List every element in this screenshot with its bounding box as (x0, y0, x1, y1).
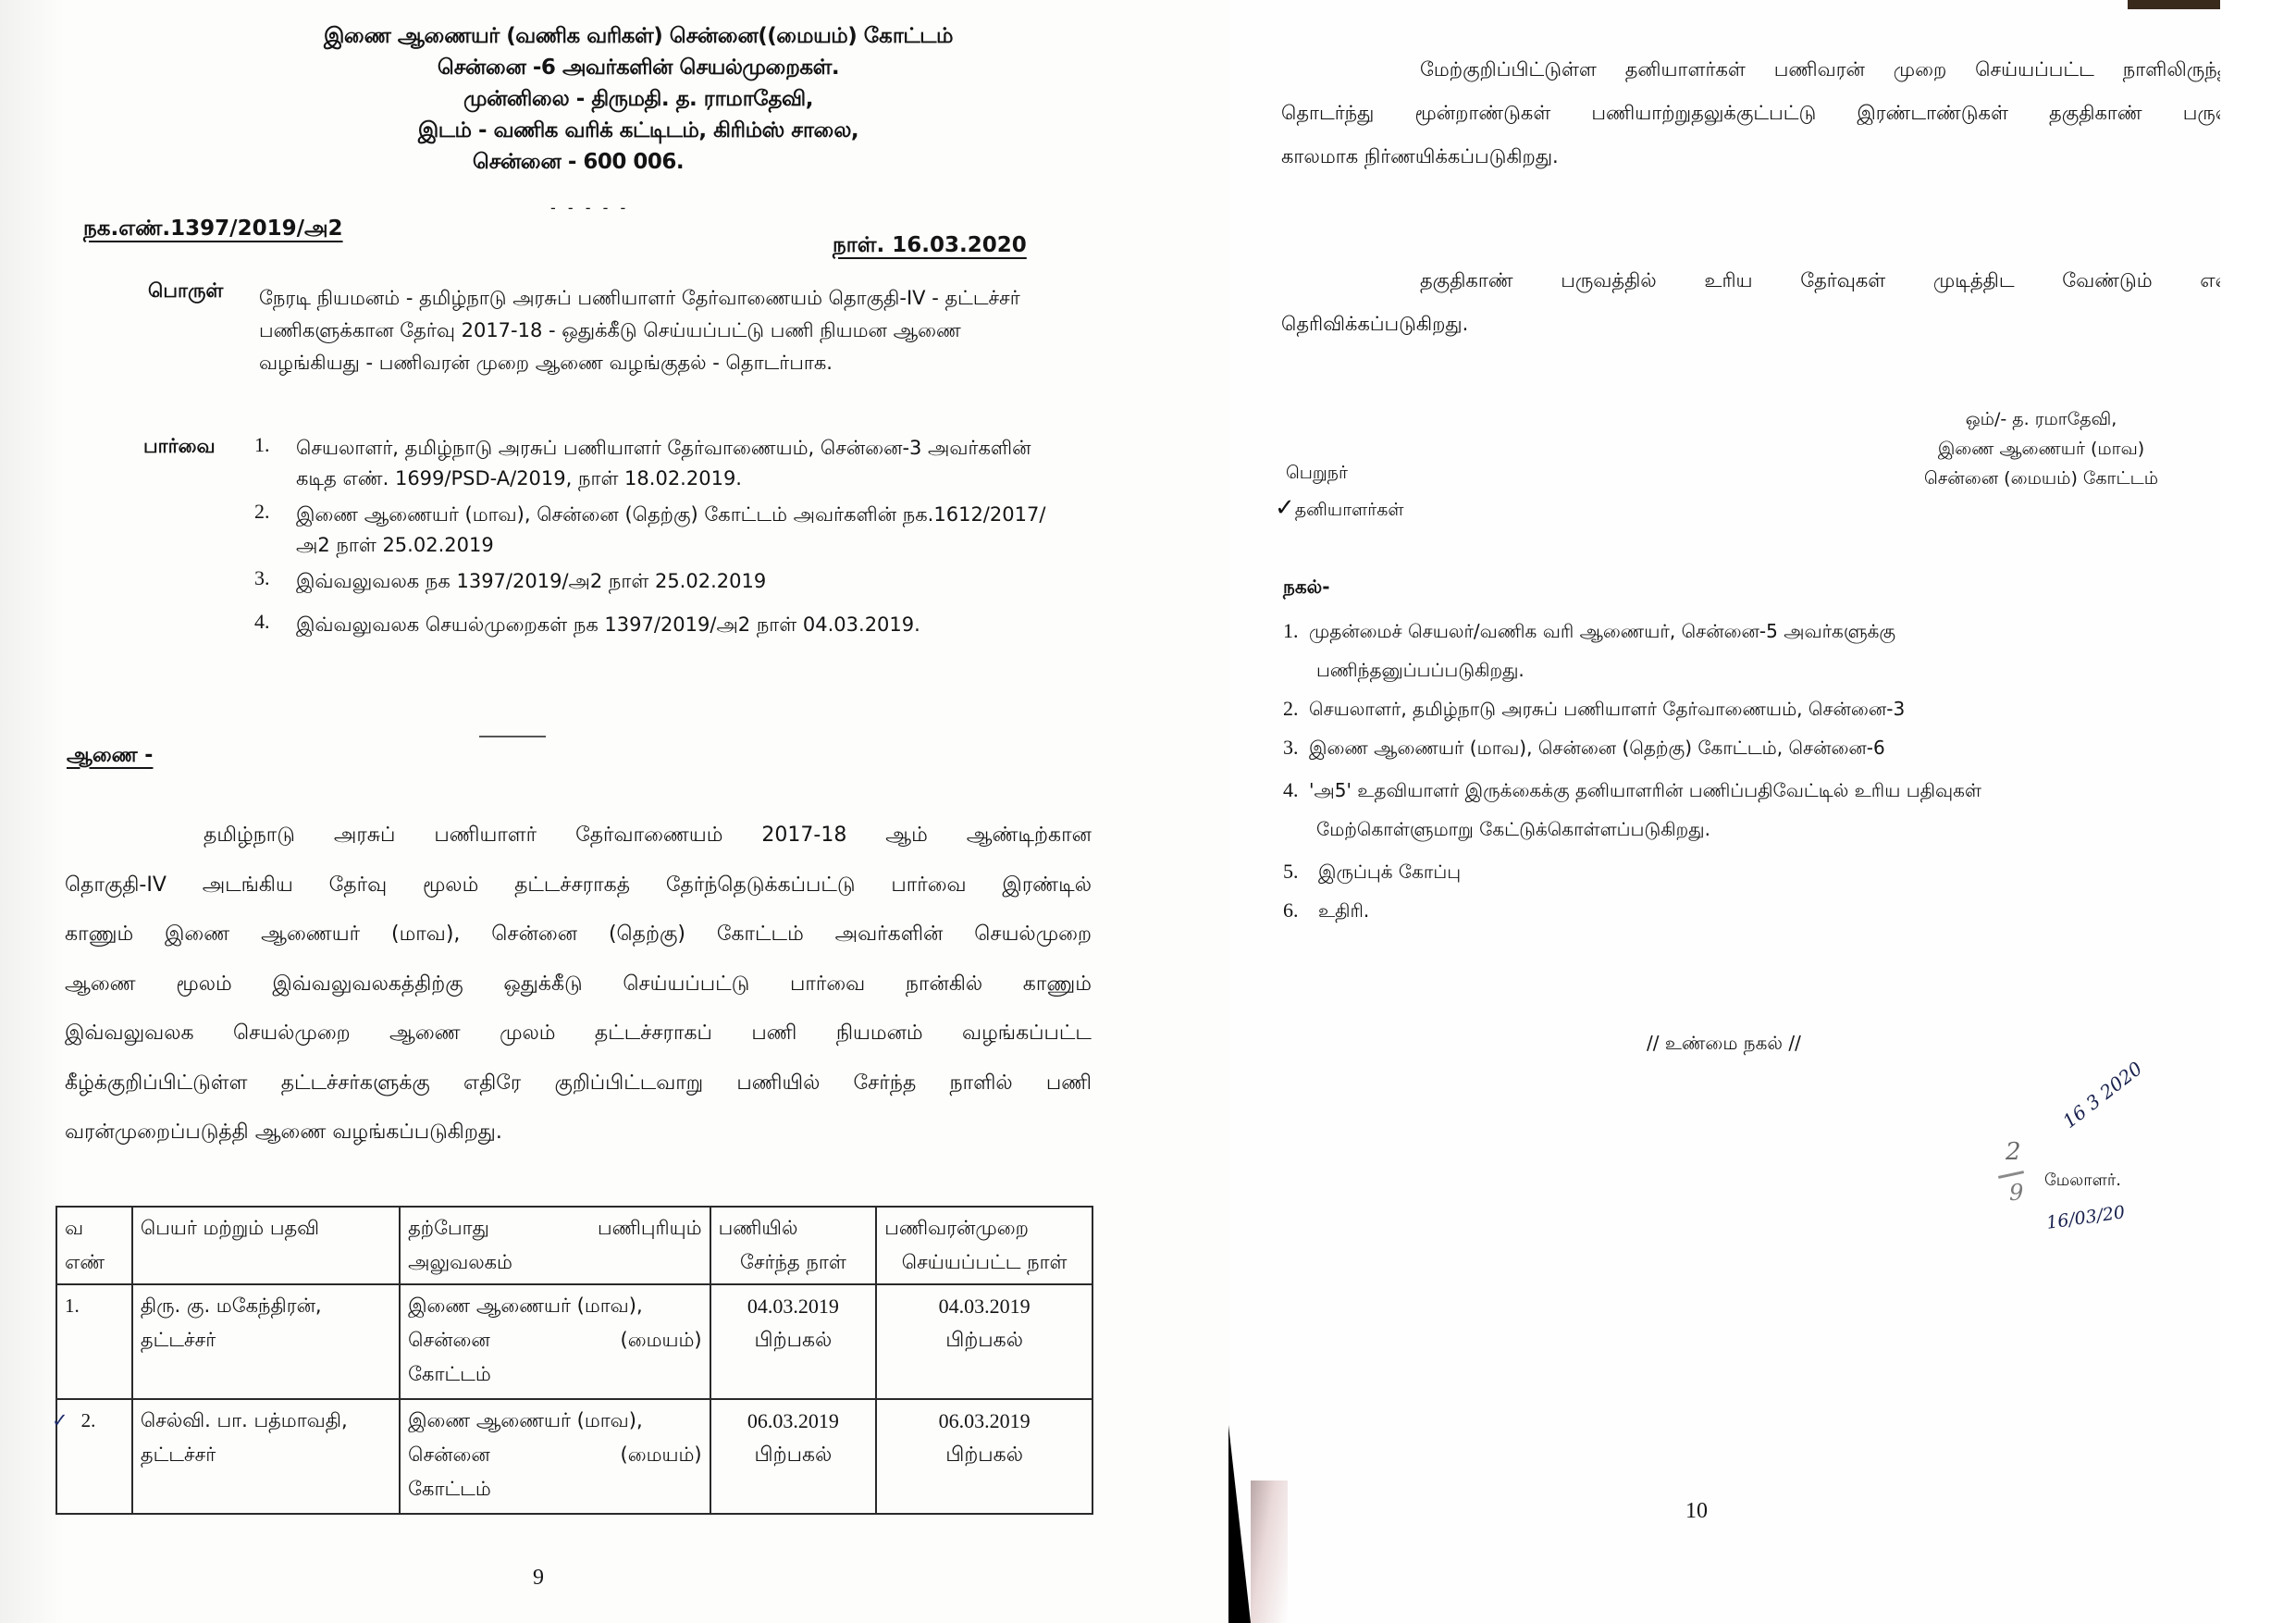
word: (மாவ), (391, 910, 460, 960)
scan-margin (2220, 0, 2296, 1623)
paragraph-last-line: காலமாக நிர்ணயிக்கப்படுகிறது. (1281, 135, 2234, 179)
joined-date: 04.03.2019 (719, 1289, 869, 1323)
header-word: தற்போது (408, 1211, 489, 1245)
office-word: சென்னை (408, 1323, 490, 1357)
word: செயல்முறை (974, 910, 1092, 960)
paragraph-last-line: தெரிவிக்கப்படுகிறது. (1281, 303, 2234, 346)
copies-label: நகல்- (1283, 576, 1981, 601)
word: சேர்ந்த (854, 1059, 917, 1109)
word: இரண்டில் (1002, 861, 1092, 911)
justified-line: தொகுதி-IVஅடங்கியதேர்வுமூலம்தட்டச்சராகத்த… (65, 861, 1092, 911)
word: நாளிலிருந்து (2123, 48, 2234, 92)
table-row: 1.திரு. கு. மகேந்திரன்,தட்டச்சர்இணை ஆணைய… (56, 1284, 1092, 1399)
signature-line: சென்னை (மையம்) கோட்டம் (1924, 464, 2158, 493)
copy-text: இணை ஆணையர் (மாவ), சென்னை (தெற்கு) கோட்டம… (1309, 728, 1885, 767)
word: தட்டச்சராகப் (595, 1009, 712, 1059)
word: நியமனம் (836, 1009, 923, 1059)
scan-edge-strip (2128, 0, 2220, 9)
header-text: பணிவரன்முறை (884, 1211, 1084, 1245)
word: பணி (1046, 1059, 1092, 1109)
header-regularised-date: பணிவரன்முறைசெய்யப்பட்ட நாள் (876, 1207, 1092, 1284)
word: வேண்டும் (2062, 259, 2152, 303)
signature-block: ஒம்/- த. ரமாதேவி, இணை ஆணையர் (மாவ) சென்ன… (1924, 404, 2158, 493)
copy-text: 'அ5' உதவியாளர் இருக்கைக்கு தனியாளரின் பண… (1309, 771, 1981, 810)
reference-item: 4. இவ்வலுவலக செயல்முறைகள் நக 1397/2019/அ… (254, 610, 1068, 640)
order-body-line: தமிழ்நாடுஅரசுப்பணியாளர்தேர்வாணையம்2017-1… (65, 811, 1092, 861)
recipient-value-row: ✓தனியாளர்கள் (1286, 490, 1404, 527)
header-separator: - - - - - (550, 199, 629, 217)
word: மூன்றாண்டுகள் (1415, 92, 1551, 135)
employee-designation: தட்டச்சர் (141, 1323, 391, 1357)
word: எதிரே (463, 1059, 521, 1109)
reference-text: செயலாளர், தமிழ்நாடு அரசுப் பணியாளர் தேர்… (296, 433, 1068, 494)
copy-item: 6.உதிரி. (1283, 891, 1981, 930)
reference-text: இணை ஆணையர் (மாவ), சென்னை (தெற்கு) கோட்டம… (296, 500, 1068, 561)
justified-line: ஆணைமூலம்இவ்வலுவலகத்திற்குஒதுக்கீடுசெய்யப… (65, 960, 1092, 1010)
cell-serial: 1. (56, 1284, 132, 1399)
header-text: அலுவலகம் (408, 1245, 701, 1280)
joined-session: பிற்பகல் (719, 1438, 869, 1472)
reference-text: இவ்வலுவலக செயல்முறைகள் நக 1397/2019/அ2 ந… (296, 610, 920, 640)
word: தகுதிகாண் (2049, 92, 2142, 135)
office-line: சென்னை(மையம்) (408, 1438, 701, 1472)
office-header: இணை ஆணையர் (வணிக வரிகள்) சென்னை((மையம்) … (222, 20, 1055, 178)
copy-number: 2. (1283, 689, 1309, 728)
word: முறை (1894, 48, 1946, 92)
office-line: இணை ஆணையர் (மாவ), (408, 1289, 701, 1323)
signature-line: இணை ஆணையர் (மாவ) (1924, 434, 2158, 464)
cell-serial: ✓2. (56, 1399, 132, 1514)
word: பணியில் (736, 1059, 820, 1109)
word: ஆணை (65, 960, 136, 1010)
header-line: இணை ஆணையர் (வணிக வரிகள்) சென்னை((மையம்) … (222, 20, 1055, 52)
regularised-date: 04.03.2019 (884, 1289, 1084, 1323)
word: தொகுதி-IV (65, 861, 167, 911)
references-list: 1. செயலாளர், தமிழ்நாடு அரசுப் பணியாளர் த… (254, 433, 1068, 646)
justified-line: காணும்இணைஆணையர்(மாவ),சென்னை(தெற்கு)கோட்ட… (65, 910, 1092, 960)
references-label: பார்வை (143, 435, 216, 460)
word: குறிப்பிட்டவாறு (554, 1059, 703, 1109)
reference-item: 2. இணை ஆணையர் (மாவ), சென்னை (தெற்கு) கோட… (254, 500, 1068, 561)
serial-number: 2. (81, 1409, 96, 1431)
true-copy-label: // உண்மை நகல் // (1647, 1032, 1801, 1057)
cell-name: செல்வி. பா. பத்மாவதி,தட்டச்சர் (132, 1399, 400, 1514)
word: ஒதுக்கீடு (503, 960, 582, 1010)
copy-text: உதிரி. (1318, 891, 1369, 930)
header-line: முன்னிலை - திருமதி. த. ராமாதேவி, (222, 83, 1055, 115)
regularised-session: பிற்பகல் (884, 1438, 1084, 1472)
joined-session: பிற்பகல் (719, 1323, 869, 1357)
copy-item: 3.இணை ஆணையர் (மாவ), சென்னை (தெற்கு) கோட்… (1283, 728, 1981, 767)
copy-items: 1.முதன்மைச் செயலர்/வணிக வரி ஆணையர், சென்… (1283, 612, 1981, 930)
word: தேர்வுகள் (1800, 259, 1885, 303)
word: காணும் (1023, 960, 1092, 1010)
word: தேர்வு (329, 861, 388, 911)
order-date: நாள். 16.03.2020 (833, 233, 1027, 260)
word: தமிழ்நாடு (204, 811, 295, 861)
employee-name: செல்வி. பா. பத்மாவதி, (141, 1404, 391, 1438)
reference-text: இவ்வலுவலக நக 1397/2019/அ2 நாள் 25.02.201… (296, 566, 766, 597)
reference-item: 3. இவ்வலுவலக நக 1397/2019/அ2 நாள் 25.02.… (254, 566, 1068, 597)
office-line: கோட்டம் (408, 1472, 701, 1506)
copy-text: செயலாளர், தமிழ்நாடு அரசுப் பணியாளர் தேர்… (1309, 689, 1905, 728)
regularised-date: 06.03.2019 (884, 1404, 1084, 1438)
justified-line: கீழ்க்குறிப்பிட்டுள்ளதட்டச்சர்களுக்குஎதி… (65, 1059, 1092, 1109)
word: (தெற்கு) (609, 910, 685, 960)
justified-line: தொடர்ந்துமூன்றாண்டுகள்பணியாற்றுதலுக்குட்… (1281, 92, 2234, 135)
header-office: தற்போதுபணிபுரியும்அலுவலகம் (400, 1207, 710, 1284)
subject-label: பொருள் (148, 279, 223, 304)
header-word: பணிபுரியும் (598, 1211, 702, 1245)
word: அரசுப் (334, 811, 396, 861)
header-joined-date: பணியில்சேர்ந்த நாள் (710, 1207, 877, 1284)
copy-text: முதன்மைச் செயலர்/வணிக வரி ஆணையர், சென்னை… (1309, 612, 1895, 650)
word: பார்வை (891, 861, 966, 911)
subject-text: நேரடி நியமனம் - தமிழ்நாடு அரசுப் பணியாளர… (259, 282, 1055, 379)
checkmark-icon: ✓ (1275, 490, 1295, 526)
table-header-row: வஎண் பெயர் மற்றும் பதவி தற்போதுபணிபுரியு… (56, 1207, 1092, 1284)
header-text: சேர்ந்த நாள் (719, 1245, 869, 1280)
word: சென்னை (491, 910, 577, 960)
office-line: இணை ஆணையர் (மாவ), (408, 1404, 701, 1438)
word: பருவத்தில் (1561, 259, 1657, 303)
recipient-block: பெறுநர் ✓தனியாளர்கள் (1286, 455, 1404, 527)
word: இவ்வலுவலக (65, 1009, 194, 1059)
copy-number: 5. (1283, 852, 1318, 891)
word: இரண்டாண்டுகள் (1857, 92, 2008, 135)
header-name: பெயர் மற்றும் பதவி (132, 1207, 400, 1284)
word: ஆணை (389, 1009, 461, 1059)
header-text: வ (65, 1211, 124, 1245)
copy-item: 2.செயலாளர், தமிழ்நாடு அரசுப் பணியாளர் தே… (1283, 689, 1981, 728)
header-text: பணியில் (719, 1211, 869, 1245)
employee-designation: தட்டச்சர் (141, 1438, 391, 1472)
copy-item: 5.இருப்புக் கோப்பு (1283, 852, 1981, 891)
cell-regularised-date: 06.03.2019பிற்பகல் (876, 1399, 1092, 1514)
header-line: சென்னை -6 அவர்களின் செயல்முறைகள். (222, 52, 1055, 83)
word: இணை (165, 910, 229, 960)
office-line: கோட்டம் (408, 1357, 701, 1392)
reference-item: 1. செயலாளர், தமிழ்நாடு அரசுப் பணியாளர் த… (254, 433, 1068, 494)
word: ஆண்டிற்கான (967, 811, 1092, 861)
word: செயல்முறை (233, 1009, 351, 1059)
recipient-label: பெறுநர் (1286, 455, 1404, 490)
word: நான்கில் (906, 960, 982, 1010)
word: காணும் (65, 910, 133, 960)
word: மேற்குறிப்பிட்டுள்ள (1420, 48, 1597, 92)
cell-regularised-date: 04.03.2019பிற்பகல் (876, 1284, 1092, 1399)
page-9: இணை ஆணையர் (வணிக வரிகள்) சென்னை((மையம்) … (0, 0, 1230, 1623)
paragraph-lines: மேற்குறிப்பிட்டுள்ளதனியாளர்கள்பணிவரன்முற… (1281, 48, 2234, 135)
word: பணி (751, 1009, 796, 1059)
word: பார்வை (790, 960, 865, 1010)
word: ஆம் (885, 811, 928, 861)
office-word: (மையம்) (621, 1438, 702, 1472)
serial-number: 1. (65, 1295, 80, 1317)
word: செய்யப்பட்ட (1975, 48, 2094, 92)
order-body-lines: தொகுதி-IVஅடங்கியதேர்வுமூலம்தட்டச்சராகத்த… (65, 861, 1092, 1109)
section-divider (479, 736, 546, 737)
joined-date: 06.03.2019 (719, 1404, 869, 1438)
word: பணியாற்றுதலுக்குட்பட்டு (1591, 92, 1816, 135)
superintendent-label: மேலாளர். (2044, 1171, 2121, 1192)
page-number: 9 (533, 1566, 544, 1591)
copy-text: இருப்புக் கோப்பு (1318, 852, 1461, 891)
reference-number: நக.எண்.1397/2019/அ2 (83, 217, 343, 243)
fraction-top: 2 (2006, 1138, 2021, 1166)
office-line: சென்னை(மையம்) (408, 1323, 701, 1357)
word: தகுதிகாண் (1420, 259, 1513, 303)
copy-number: 4. (1283, 771, 1309, 810)
word: மூலம் (423, 861, 478, 911)
copy-number: 1. (1283, 612, 1309, 650)
word: பணிவரன் (1774, 48, 1865, 92)
word: 2017-18 (761, 811, 846, 861)
regularised-session: பிற்பகல் (884, 1323, 1084, 1357)
copy-text-continued: மேற்கொள்ளுமாறு கேட்டுக்கொள்ளப்படுகிறது. (1283, 810, 1981, 849)
word: அடங்கிய (203, 861, 293, 911)
word: தொடர்ந்து (1281, 92, 1374, 135)
word: கீழ்க்குறிப்பிட்டுள்ள (65, 1059, 247, 1109)
word: ஆணையர் (261, 910, 360, 960)
regularisation-paragraph: மேற்குறிப்பிட்டுள்ளதனியாளர்கள்பணிவரன்முற… (1281, 48, 2234, 179)
justified-line: இவ்வலுவலகசெயல்முறைஆணைமுலம்தட்டச்சராகப்பண… (65, 1009, 1092, 1059)
header-text: பெயர் மற்றும் பதவி (141, 1211, 391, 1245)
order-body: தமிழ்நாடுஅரசுப்பணியாளர்தேர்வாணையம்2017-1… (65, 811, 1092, 1158)
word: அவர்களின் (835, 910, 944, 960)
word: தனியாளர்கள் (1625, 48, 1746, 92)
word: பணியாளர் (434, 811, 537, 861)
word: முடித்திட (1933, 259, 2015, 303)
header-text: எண் (65, 1245, 124, 1280)
table-row: ✓2.செல்வி. பா. பத்மாவதி,தட்டச்சர்இணை ஆணை… (56, 1399, 1092, 1514)
header-line: சென்னை - 600 006. (222, 146, 1055, 178)
header-text: செய்யப்பட்ட நாள் (884, 1245, 1084, 1280)
office-word: (மையம்) (621, 1323, 702, 1357)
copy-number: 3. (1283, 728, 1309, 767)
word: முலம் (500, 1009, 555, 1059)
scan-gutter-fade (1251, 1481, 1288, 1623)
employee-name: திரு. கு. மகேந்திரன், (141, 1289, 391, 1323)
reference-number-label: 2. (254, 500, 296, 561)
copy-item: 4.'அ5' உதவியாளர் இருக்கைக்கு தனியாளரின் … (1283, 771, 1981, 810)
word: இவ்வலுவலகத்திற்கு (272, 960, 463, 1010)
reference-number-label: 1. (254, 433, 296, 494)
word: நாளில் (949, 1059, 1012, 1109)
handwritten-check-icon: ✓ (52, 1409, 68, 1431)
copies-list: நகல்- 1.முதன்மைச் செயலர்/வணிக வரி ஆணையர்… (1283, 576, 1981, 930)
copy-number: 6. (1283, 891, 1318, 930)
copy-text-continued: பணிந்தனுப்பப்படுகிறது. (1283, 650, 1981, 689)
word: செய்யப்பட்டு (623, 960, 749, 1010)
word: தட்டச்சர்களுக்கு (281, 1059, 430, 1109)
word: தேர்வாணையம் (575, 811, 722, 861)
office-word: சென்னை (408, 1438, 490, 1472)
cell-name: திரு. கு. மகேந்திரன்,தட்டச்சர் (132, 1284, 400, 1399)
cell-office: இணை ஆணையர் (மாவ),சென்னை(மையம்)கோட்டம் (400, 1284, 710, 1399)
header-line: இடம் - வணிக வரிக் கட்டிடம், கிரிம்ஸ் சால… (222, 115, 1055, 146)
word: கோட்டம் (717, 910, 804, 960)
order-body-last-line: வரன்முறைப்படுத்தி ஆணை வழங்கப்படுகிறது. (65, 1108, 1092, 1158)
order-label: ஆணை - (67, 744, 153, 770)
header-serial: வஎண் (56, 1207, 132, 1284)
recipient-value: தனியாளர்கள் (1295, 500, 1404, 520)
word: மூலம் (176, 960, 231, 1010)
copy-item: 1.முதன்மைச் செயலர்/வணிக வரி ஆணையர், சென்… (1283, 612, 1981, 650)
reference-number-label: 3. (254, 566, 296, 597)
word: தட்டச்சராகத் (514, 861, 630, 911)
paragraph-lines: தகுதிகாண்பருவத்தில்உரியதேர்வுகள்முடித்தி… (1281, 259, 2234, 303)
probation-paragraph: தகுதிகாண்பருவத்தில்உரியதேர்வுகள்முடித்தி… (1281, 259, 2234, 346)
scan-gutter-shadow (1228, 1425, 1251, 1623)
justified-line: மேற்குறிப்பிட்டுள்ளதனியாளர்கள்பணிவரன்முற… (1281, 48, 2234, 92)
word: உரிய (1704, 259, 1752, 303)
cell-office: இணை ஆணையர் (மாவ),சென்னை(மையம்)கோட்டம் (400, 1399, 710, 1514)
signature-line: ஒம்/- த. ரமாதேவி, (1924, 404, 2158, 434)
word: தேர்ந்தெடுக்கப்பட்டு (666, 861, 856, 911)
header-text: தற்போதுபணிபுரியும் (408, 1211, 701, 1245)
cell-joined-date: 06.03.2019பிற்பகல் (710, 1399, 877, 1514)
justified-line: தகுதிகாண்பருவத்தில்உரியதேர்வுகள்முடித்தி… (1281, 259, 2234, 303)
fraction-bottom: 9 (2009, 1180, 2023, 1206)
reference-number-label: 4. (254, 610, 296, 640)
cell-joined-date: 04.03.2019பிற்பகல் (710, 1284, 877, 1399)
page-number: 10 (1685, 1499, 1708, 1524)
word: வழங்கப்பட்ட (962, 1009, 1092, 1059)
staff-table: வஎண் பெயர் மற்றும் பதவி தற்போதுபணிபுரியு… (56, 1206, 1093, 1515)
